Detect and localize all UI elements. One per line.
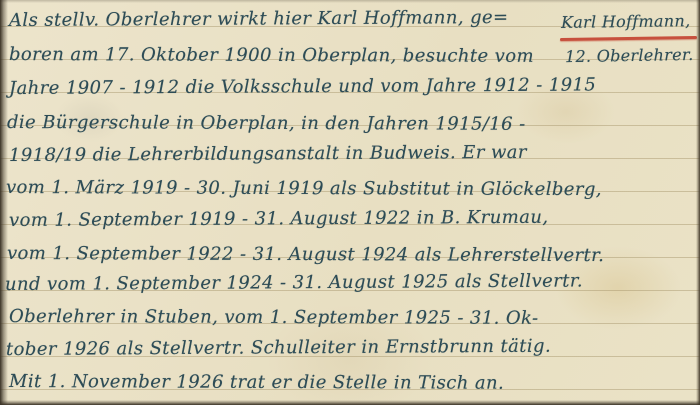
handwriting-line: vom 1. September 1922 - 31. August 1924 … bbox=[7, 241, 604, 269]
handwriting-line: die Bürgerschule in Oberplan, in den Jah… bbox=[7, 110, 526, 138]
handwriting-line: vom 1. September 1919 - 31. August 1922 … bbox=[9, 205, 549, 234]
margin-note-title: 12. Oberlehrer. bbox=[565, 45, 694, 66]
scan-edge-top bbox=[0, 0, 700, 3]
handwriting-line: 1918/19 die Lehrerbildungsanstalt in Bud… bbox=[9, 140, 527, 169]
handwriting-line: Mit 1. November 1926 trat er die Stelle … bbox=[9, 369, 504, 397]
scan-edge-bottom bbox=[0, 400, 700, 405]
chronicle-page: Als stellv. Oberlehrer wirkt hier Karl H… bbox=[0, 0, 700, 405]
handwriting-line: vom 1. März 1919 - 30. Juni 1919 als Sub… bbox=[6, 175, 602, 203]
red-underline bbox=[560, 36, 697, 41]
scan-edge-right bbox=[696, 0, 700, 405]
handwriting-line: Als stellv. Oberlehrer wirkt hier Karl H… bbox=[9, 5, 509, 34]
handwriting-line: boren am 17. Oktober 1900 in Oberplan, b… bbox=[9, 42, 534, 70]
handwriting-line: Oberlehrer in Stuben, vom 1. September 1… bbox=[9, 304, 539, 332]
handwriting-line: tober 1926 als Stellvertr. Schulleiter i… bbox=[6, 334, 551, 363]
handwriting-line: Jahre 1907 - 1912 die Volksschule und vo… bbox=[9, 72, 596, 102]
margin-note-name: Karl Hoffmann, bbox=[561, 11, 691, 32]
handwriting-line: und vom 1. September 1924 - 31. August 1… bbox=[5, 268, 583, 298]
